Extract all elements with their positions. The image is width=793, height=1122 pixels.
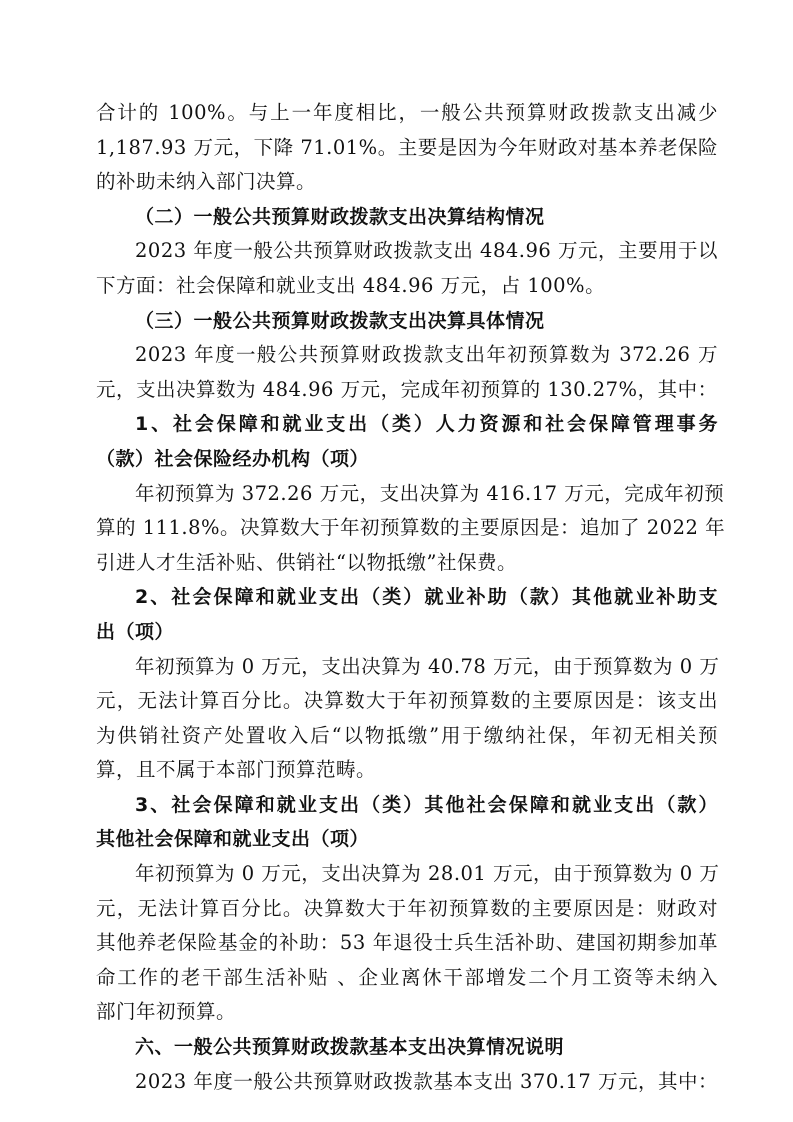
paragraph-line: 年初预算为 0 万元，支出决算为 40.78 万元，由于预算数为 0 万: [96, 650, 718, 685]
subsection-heading: 1、社会保障和就业支出（类）人力资源和社会保障管理事务: [96, 407, 718, 442]
paragraph-line: 为供销社资产处置收入后“以物抵缴”用于缴纳社保，年初无相关预: [96, 719, 718, 754]
paragraph-line: 算，且不属于本部门预算范畴。: [96, 753, 718, 788]
chapter-heading: 六、一般公共预算财政拨款基本支出决算情况说明: [96, 1030, 718, 1065]
paragraph-line: 年初预算为 0 万元，支出决算为 28.01 万元，由于预算数为 0 万: [96, 857, 718, 892]
subsection-heading: 2、社会保障和就业支出（类）就业补助（款）其他就业补助支: [96, 580, 718, 615]
paragraph-line: 下方面：社会保障和就业支出 484.96 万元，占 100%。: [96, 269, 718, 304]
paragraph-line: 其他养老保险基金的补助：53 年退役士兵生活补助、建国初期参加革: [96, 926, 718, 961]
paragraph-line: 2023 年度一般公共预算财政拨款支出年初预算数为 372.26 万: [96, 338, 718, 373]
paragraph-line: 2023 年度一般公共预算财政拨款基本支出 370.17 万元，其中：: [96, 1065, 718, 1100]
paragraph-line: 年初预算为 372.26 万元，支出决算为 416.17 万元，完成年初预: [96, 477, 718, 512]
subsection-heading: 出（项）: [96, 615, 718, 650]
paragraph-line: 合计的 100%。与上一年度相比，一般公共预算财政拨款支出减少: [96, 96, 718, 131]
paragraph-line: 引进人才生活补贴、供销社“以物抵缴”社保费。: [96, 546, 718, 581]
paragraph-line: 2023 年度一般公共预算财政拨款支出 484.96 万元，主要用于以: [96, 234, 718, 269]
paragraph-line: 命工作的老干部生活补贴 、企业离休干部增发二个月工资等未纳入: [96, 961, 718, 996]
paragraph-line: 算的 111.8%。决算数大于年初预算数的主要原因是：追加了 2022 年: [96, 511, 718, 546]
paragraph-line: 1,187.93 万元，下降 71.01%。主要是因为今年财政对基本养老保险: [96, 131, 718, 166]
section-heading: （二）一般公共预算财政拨款支出决算结构情况: [96, 200, 718, 235]
subsection-heading: 3、社会保障和就业支出（类）其他社会保障和就业支出（款）: [96, 788, 718, 823]
paragraph-line: 元，无法计算百分比。决算数大于年初预算数的主要原因是：财政对: [96, 892, 718, 927]
subsection-heading: 其他社会保障和就业支出（项）: [96, 822, 718, 857]
paragraph-line: 元，支出决算数为 484.96 万元，完成年初预算的 130.27%，其中：: [96, 373, 718, 408]
section-heading: （三）一般公共预算财政拨款支出决算具体情况: [96, 304, 718, 339]
document-page: 合计的 100%。与上一年度相比，一般公共预算财政拨款支出减少 1,187.93…: [96, 96, 718, 1099]
paragraph-line: 元，无法计算百分比。决算数大于年初预算数的主要原因是：该支出: [96, 684, 718, 719]
subsection-heading: （款）社会保险经办机构（项）: [96, 442, 718, 477]
paragraph-line: 部门年初预算。: [96, 995, 718, 1030]
paragraph-line: 的补助未纳入部门决算。: [96, 165, 718, 200]
